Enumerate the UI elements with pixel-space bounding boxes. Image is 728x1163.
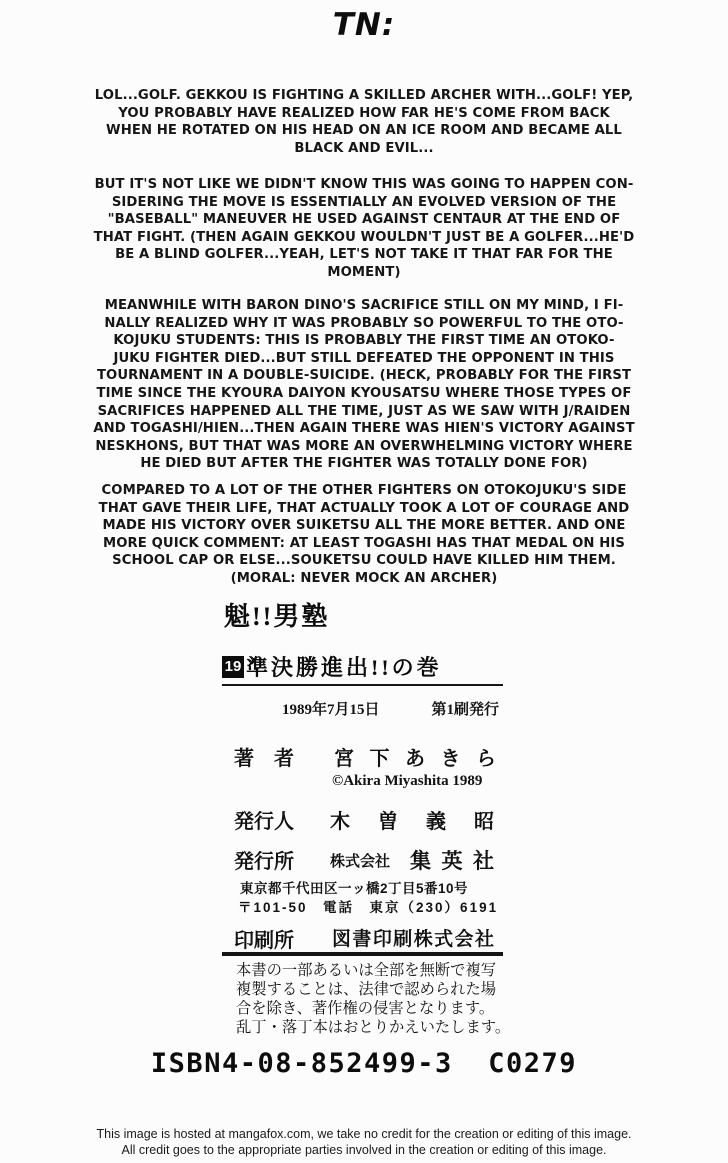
tn-paragraph-4: COMPARED TO A LOT OF THE OTHER FIGHTERS … <box>34 482 694 588</box>
hosting-disclaimer: This image is hosted at mangafox.com, we… <box>0 1126 728 1158</box>
print-edition: 第1刷発行 <box>431 698 499 719</box>
author-name: 宮下あきら <box>334 742 496 771</box>
print-date: 1989年7月15日 <box>282 698 380 719</box>
company-prefix: 株式会社 <box>330 850 390 871</box>
tn-paragraph-3: MEANWHILE WITH BARON DINO'S SACRIFICE ST… <box>34 297 694 473</box>
author-label: 著 者 <box>234 742 294 771</box>
publisher-label: 発行人 <box>234 805 294 834</box>
tn-title: TN: <box>0 5 728 45</box>
colophon-block: 19 準決勝進出!!の巻 1989年7月15日 第1刷発行 著 者 宮下あきら … <box>222 651 503 1043</box>
manga-colophon-page: TN: LOL...GOLF. GEKKOU IS FIGHTING A SKI… <box>0 0 728 1163</box>
isbn-code: ISBN4-08-852499-3 C0279 <box>0 1048 728 1079</box>
chapter-title-row: 19 準決勝進出!!の巻 <box>222 651 503 682</box>
volume-number-badge: 19 <box>222 656 244 678</box>
divider-bottom <box>222 952 503 956</box>
copyright-line: ©Akira Miyashita 1989 <box>332 773 613 790</box>
publisher-postal-phone: 〒101-50 電話 東京（230）6191 <box>238 896 519 916</box>
printer-label: 印刷所 <box>234 924 294 953</box>
publisher-name: 木曽義昭 <box>330 805 494 834</box>
series-title: 魁!!男塾 <box>224 596 329 633</box>
chapter-title: 準決勝進出!!の巻 <box>246 651 442 682</box>
print-info-row: 1989年7月15日 第1刷発行 <box>222 698 503 719</box>
printer-name: 図書印刷株式会社 <box>332 924 494 951</box>
publishing-house-label: 発行所 <box>234 845 294 874</box>
company-name: 集英社 <box>410 845 494 875</box>
copyright-notice: 本書の一部あるいは全部を無断で複写 複製することは、法律で認められた場 合を除き… <box>236 961 517 1037</box>
divider-top <box>222 684 503 686</box>
tn-paragraph-1: LOL...GOLF. GEKKOU IS FIGHTING A SKILLED… <box>34 87 694 157</box>
publisher-address: 東京都千代田区一ッ橋2丁目5番10号 <box>240 877 521 897</box>
tn-paragraph-2: BUT IT'S NOT LIKE WE DIDN'T KNOW THIS WA… <box>34 176 694 282</box>
